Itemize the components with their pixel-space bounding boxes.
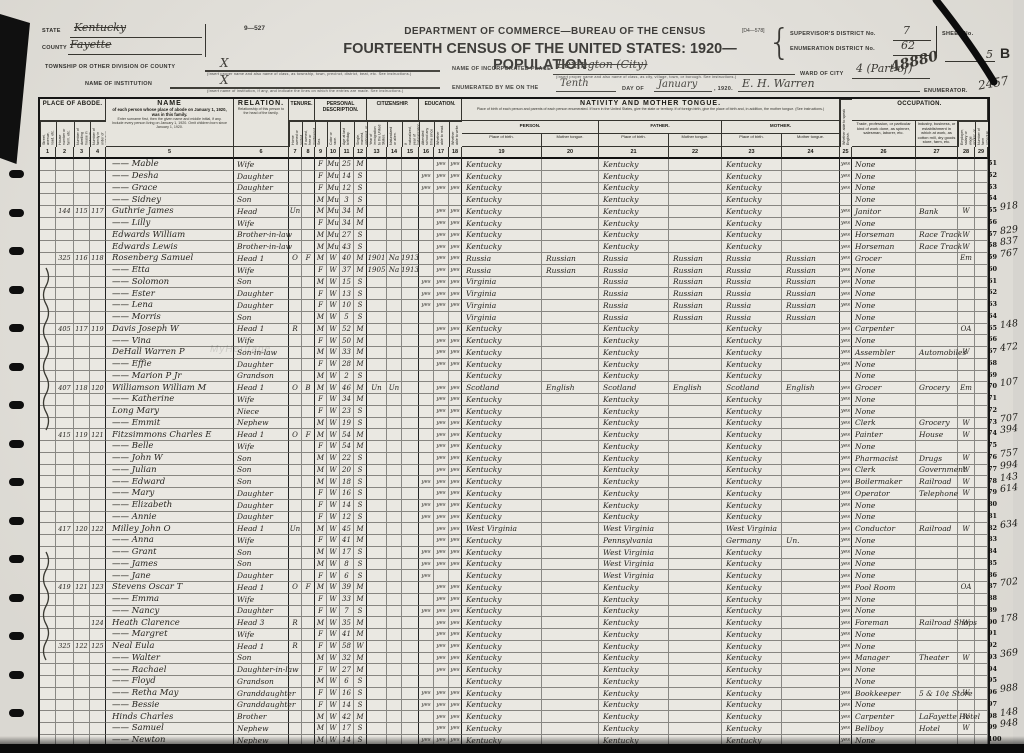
margin-scribble: 369: [999, 647, 1018, 660]
cell-cls: W: [958, 723, 975, 735]
column-number: 17: [434, 147, 449, 159]
cell-tf: Russian: [669, 288, 722, 300]
cell-rel: Head 1: [234, 382, 289, 394]
cell-mar: M: [354, 359, 367, 371]
cell-c13: [367, 312, 387, 324]
cell-f: [90, 265, 106, 277]
cell-eng: yes: [840, 359, 852, 371]
cell-age: 17: [340, 547, 354, 559]
cell-e16: [419, 465, 434, 477]
cell-t1: [289, 194, 302, 206]
cell-h: 407: [56, 382, 74, 394]
cell-tf: [669, 406, 722, 418]
cell-eng: yes: [840, 582, 852, 594]
cell-ind: Railroad: [916, 523, 958, 535]
cell-c14: [387, 429, 402, 441]
cell-age: 35: [340, 617, 354, 629]
cell-mar: S: [354, 171, 367, 183]
cell-bp: Scotland: [462, 382, 542, 394]
cell-fm: [975, 594, 988, 606]
cell-eng: yes: [840, 653, 852, 665]
cell-bf: West Virginia: [599, 570, 669, 582]
cell-d: [74, 194, 90, 206]
cell-c15: [402, 559, 419, 571]
cell-rel: Head 1: [234, 582, 289, 594]
cell-name: —— Ester: [106, 288, 234, 300]
cell-sex: M: [315, 653, 327, 665]
cell-t2: [302, 312, 315, 324]
cell-e16: yes: [419, 570, 434, 582]
cell-sex: F: [315, 183, 327, 195]
cell-eng: yes: [840, 230, 852, 242]
cell-d: 121: [74, 582, 90, 594]
cell-h: [56, 441, 74, 453]
cell-t1: [289, 676, 302, 688]
cell-name: —— Edward: [106, 476, 234, 488]
cell-c14: [387, 676, 402, 688]
cell-bf: Kentucky: [599, 206, 669, 218]
cell-c14: [387, 230, 402, 242]
cell-e17: yes: [434, 594, 449, 606]
cell-eng: yes: [840, 500, 852, 512]
cell-mar: M: [354, 535, 367, 547]
cell-rel: Son: [234, 277, 289, 289]
line-number: 74: [988, 429, 997, 437]
cell-tm: [782, 594, 840, 606]
cell-d: [74, 288, 90, 300]
line-number: 59: [988, 253, 997, 261]
cell-c13: [367, 664, 387, 676]
cell-rel: Grandson: [234, 676, 289, 688]
cell-tm: Russian: [782, 253, 840, 265]
cell-st: [40, 559, 56, 571]
cell-tf: Russian: [669, 253, 722, 265]
cell-d: [74, 594, 90, 606]
cell-fm: [975, 453, 988, 465]
binder-hole: [9, 632, 24, 640]
cell-t2: [302, 288, 315, 300]
cell-t2: [302, 265, 315, 277]
cell-bp: Kentucky: [462, 241, 542, 253]
cell-t1: Un: [289, 523, 302, 535]
cell-bf: Kentucky: [599, 700, 669, 712]
cell-mar: S: [354, 676, 367, 688]
cell-sex: F: [315, 664, 327, 676]
cell-t2: [302, 359, 315, 371]
cell-col: W: [327, 606, 340, 618]
cell-mar: S: [354, 606, 367, 618]
county-underline: [68, 53, 202, 55]
cell-bp: Kentucky: [462, 594, 542, 606]
cell-c13: [367, 324, 387, 336]
cell-age: 50: [340, 335, 354, 347]
cell-occ: None: [852, 500, 916, 512]
cell-f: [90, 159, 106, 171]
watermark-text: MyHeritage: [210, 344, 271, 355]
cell-bp: Kentucky: [462, 359, 542, 371]
cell-e17: yes: [434, 547, 449, 559]
cell-st: [40, 288, 56, 300]
column-number: 2: [56, 147, 74, 159]
cell-age: 27: [340, 230, 354, 242]
cell-c13: [367, 676, 387, 688]
cell-bm: Kentucky: [722, 359, 782, 371]
cell-name: —— Effie: [106, 359, 234, 371]
cell-cls: W: [958, 465, 975, 477]
cell-c15: [402, 429, 419, 441]
cell-eng: yes: [840, 418, 852, 430]
cell-rel: Grandson: [234, 371, 289, 383]
cell-t2: [302, 700, 315, 712]
cell-rel: Wife: [234, 629, 289, 641]
cell-c14: [387, 700, 402, 712]
cell-cls: W: [958, 206, 975, 218]
cell-tp: [542, 288, 599, 300]
cell-c13: [367, 641, 387, 653]
day-underline: [556, 90, 616, 92]
cell-fm: [975, 465, 988, 477]
cell-fm: [975, 230, 988, 242]
cell-col: W: [327, 723, 340, 735]
cell-c13: 1905: [367, 265, 387, 277]
cell-eng: yes: [840, 723, 852, 735]
cell-sex: F: [315, 641, 327, 653]
cell-eng: yes: [840, 382, 852, 394]
cell-rel: Wife: [234, 159, 289, 171]
cell-mar: S: [354, 700, 367, 712]
cell-tp: [542, 312, 599, 324]
cell-tm: [782, 547, 840, 559]
cell-e18: yes: [449, 394, 462, 406]
cell-e18: yes: [449, 277, 462, 289]
cell-bm: Kentucky: [722, 183, 782, 195]
cell-bf: Kentucky: [599, 453, 669, 465]
cell-col: W: [327, 582, 340, 594]
cell-c14: [387, 465, 402, 477]
cell-bm: Russia: [722, 300, 782, 312]
cell-bm: Kentucky: [722, 559, 782, 571]
cell-rel: Son: [234, 559, 289, 571]
line-number: 75: [988, 441, 997, 449]
cell-h: [56, 711, 74, 723]
cell-t1: [289, 394, 302, 406]
cell-name: —— Lilly: [106, 218, 234, 230]
cell-bm: Kentucky: [722, 335, 782, 347]
cell-tf: [669, 700, 722, 712]
cell-bp: Kentucky: [462, 230, 542, 242]
column-number: 18: [449, 147, 462, 159]
cell-t1: [289, 488, 302, 500]
cell-tf: [669, 206, 722, 218]
cell-fm: [975, 206, 988, 218]
cell-tf: [669, 359, 722, 371]
column-number: 19: [462, 147, 542, 159]
line-number: 72: [988, 406, 997, 414]
cell-age: 20: [340, 465, 354, 477]
cell-age: 39: [340, 582, 354, 594]
cell-h: [56, 418, 74, 430]
cell-occ: Carpenter: [852, 711, 916, 723]
cell-t2: [302, 570, 315, 582]
cell-e18: yes: [449, 230, 462, 242]
cell-bm: Kentucky: [722, 371, 782, 383]
cell-c15: [402, 465, 419, 477]
cell-mar: S: [354, 300, 367, 312]
cell-eng: yes: [840, 206, 852, 218]
col-dwelling: Number of dwelling house in order of vis…: [74, 121, 90, 147]
cell-e17: yes: [434, 418, 449, 430]
cell-e16: [419, 418, 434, 430]
cell-rel: Daughter: [234, 570, 289, 582]
cell-age: 6: [340, 676, 354, 688]
cell-fm: [975, 688, 988, 700]
cell-f: [90, 488, 106, 500]
column-number: 15: [402, 147, 419, 159]
cell-sex: F: [315, 394, 327, 406]
cell-eng: yes: [840, 324, 852, 336]
cell-occ: None: [852, 394, 916, 406]
cell-mar: M: [354, 382, 367, 394]
cell-cls: OA: [958, 324, 975, 336]
cell-name: —— Julian: [106, 465, 234, 477]
month-value: January: [658, 79, 697, 90]
cell-fm: [975, 664, 988, 676]
cell-mar: S: [354, 312, 367, 324]
cell-c14: [387, 441, 402, 453]
cell-eng: yes: [840, 300, 852, 312]
cell-h: 144: [56, 206, 74, 218]
cell-c15: [402, 347, 419, 359]
cell-occ: Assembler: [852, 347, 916, 359]
cell-bf: Kentucky: [599, 418, 669, 430]
cell-bf: Pennsylvania: [599, 535, 669, 547]
cell-tm: [782, 676, 840, 688]
cell-tf: [669, 394, 722, 406]
cell-occ: None: [852, 194, 916, 206]
cell-ind: [916, 159, 958, 171]
cell-c14: [387, 159, 402, 171]
subgroup-father: FATHER.: [599, 121, 722, 134]
cell-h: [56, 617, 74, 629]
cell-ind: [916, 570, 958, 582]
binder-hole: [9, 440, 24, 448]
cell-t1: [289, 312, 302, 324]
cell-c13: [367, 606, 387, 618]
cell-bf: Kentucky: [599, 688, 669, 700]
cell-fm: [975, 312, 988, 324]
cell-tf: [669, 183, 722, 195]
cell-c15: [402, 312, 419, 324]
line-number: 65: [988, 324, 997, 332]
state-label: STATE: [42, 28, 61, 34]
cell-tf: Russian: [669, 277, 722, 289]
cell-tp: [542, 629, 599, 641]
cell-tp: [542, 371, 599, 383]
cell-d: [74, 653, 90, 665]
cell-f: [90, 441, 106, 453]
cell-col: W: [327, 664, 340, 676]
cell-d: 122: [74, 641, 90, 653]
cell-bf: Kentucky: [599, 394, 669, 406]
cell-st: [40, 523, 56, 535]
cell-c15: [402, 194, 419, 206]
cell-c15: [402, 488, 419, 500]
cell-name: Williamson William M: [106, 382, 234, 394]
cell-t1: [289, 500, 302, 512]
cell-fm: [975, 629, 988, 641]
cell-e18: yes: [449, 535, 462, 547]
cell-tf: [669, 629, 722, 641]
cell-h: [56, 512, 74, 524]
cell-tp: [542, 476, 599, 488]
cell-eng: yes: [840, 335, 852, 347]
scan-shadow: [0, 736, 1024, 744]
cell-rel: Son: [234, 547, 289, 559]
column-number: 10: [327, 147, 340, 159]
cell-f: [90, 653, 106, 665]
line-number: 66: [988, 335, 997, 343]
cell-st: [40, 394, 56, 406]
cell-c15: [402, 676, 419, 688]
cell-t2: [302, 347, 315, 359]
cell-ind: [916, 512, 958, 524]
cell-tm: [782, 429, 840, 441]
cell-t1: [289, 476, 302, 488]
cell-t1: [289, 218, 302, 230]
cell-ind: [916, 664, 958, 676]
cell-tp: [542, 418, 599, 430]
cell-c15: [402, 523, 419, 535]
cell-st: [40, 418, 56, 430]
binder-hole: [9, 363, 24, 371]
cell-tm: [782, 406, 840, 418]
cell-c14: [387, 324, 402, 336]
cell-e18: yes: [449, 606, 462, 618]
cell-d: [74, 488, 90, 500]
cell-age: 54: [340, 441, 354, 453]
cell-e17: yes: [434, 359, 449, 371]
cell-st: [40, 641, 56, 653]
cell-mar: S: [354, 488, 367, 500]
cell-f: [90, 700, 106, 712]
cell-t1: [289, 277, 302, 289]
cell-t2: [302, 488, 315, 500]
cell-c13: [367, 688, 387, 700]
pen-stroke-top-right: [936, 0, 994, 82]
cell-col: W: [327, 641, 340, 653]
cell-eng: yes: [840, 617, 852, 629]
cell-ind: [916, 500, 958, 512]
cell-bm: Russia: [722, 288, 782, 300]
cell-st: [40, 241, 56, 253]
cell-tm: [782, 418, 840, 430]
cell-e16: yes: [419, 171, 434, 183]
cell-ind: [916, 629, 958, 641]
cell-c14: Un: [387, 382, 402, 394]
cell-e17: yes: [434, 523, 449, 535]
cell-e16: [419, 488, 434, 500]
cell-cls: [958, 676, 975, 688]
cell-cls: W: [958, 241, 975, 253]
cell-e16: [419, 382, 434, 394]
cell-occ: None: [852, 218, 916, 230]
cell-t2: F: [302, 429, 315, 441]
cell-name: —— Solomon: [106, 277, 234, 289]
cell-t2: B: [302, 382, 315, 394]
cell-name: —— Elizabeth: [106, 500, 234, 512]
cell-col: Mu: [327, 218, 340, 230]
cell-t2: [302, 500, 315, 512]
cell-c14: [387, 570, 402, 582]
census-table: PLACE OF ABODE.NAMEof each person whose …: [38, 97, 990, 749]
col-immigration: Year of immigration to the United States…: [367, 121, 387, 147]
cell-name: —— Emma: [106, 594, 234, 606]
cell-rel: Head 1: [234, 324, 289, 336]
cell-h: [56, 359, 74, 371]
line-number: 82: [988, 524, 997, 532]
cell-eng: yes: [840, 159, 852, 171]
cell-bm: Kentucky: [722, 676, 782, 688]
cell-c14: [387, 335, 402, 347]
subgroup-mother: MOTHER.: [722, 121, 840, 134]
cell-e18: yes: [449, 723, 462, 735]
cell-cls: W: [958, 688, 975, 700]
group-name: NAMEof each person whose place of abode …: [106, 99, 234, 147]
cell-e17: [434, 371, 449, 383]
cell-c13: [367, 159, 387, 171]
cell-fm: [975, 418, 988, 430]
cell-st: [40, 171, 56, 183]
binder-hole: [9, 671, 24, 679]
cell-rel: Wife: [234, 394, 289, 406]
cell-d: [74, 394, 90, 406]
cell-occ: Painter: [852, 429, 916, 441]
cell-fm: [975, 441, 988, 453]
cell-tm: [782, 218, 840, 230]
cell-f: [90, 547, 106, 559]
cell-c13: [367, 559, 387, 571]
sheet-underline: [945, 60, 995, 62]
cell-bf: Kentucky: [599, 629, 669, 641]
cell-t2: [302, 206, 315, 218]
cell-c15: [402, 512, 419, 524]
cell-eng: yes: [840, 288, 852, 300]
cell-bp: Kentucky: [462, 535, 542, 547]
cell-t1: [289, 171, 302, 183]
cell-sex: M: [315, 371, 327, 383]
cell-tp: [542, 194, 599, 206]
cell-cls: W: [958, 230, 975, 242]
cell-bp: Kentucky: [462, 617, 542, 629]
cell-c13: [367, 206, 387, 218]
cell-bp: Russia: [462, 253, 542, 265]
cell-eng: yes: [840, 253, 852, 265]
cell-bf: Scotland: [599, 382, 669, 394]
cell-tm: [782, 465, 840, 477]
enumerator-scribble: 2457: [977, 73, 1010, 92]
cell-st: [40, 277, 56, 289]
cell-col: W: [327, 653, 340, 665]
cell-c15: [402, 453, 419, 465]
cell-name: —— James: [106, 559, 234, 571]
cell-e17: yes: [434, 335, 449, 347]
cell-sex: F: [315, 406, 327, 418]
cell-bf: Kentucky: [599, 711, 669, 723]
cell-col: W: [327, 347, 340, 359]
cell-h: [56, 241, 74, 253]
cell-bf: Kentucky: [599, 676, 669, 688]
cell-sex: M: [315, 523, 327, 535]
